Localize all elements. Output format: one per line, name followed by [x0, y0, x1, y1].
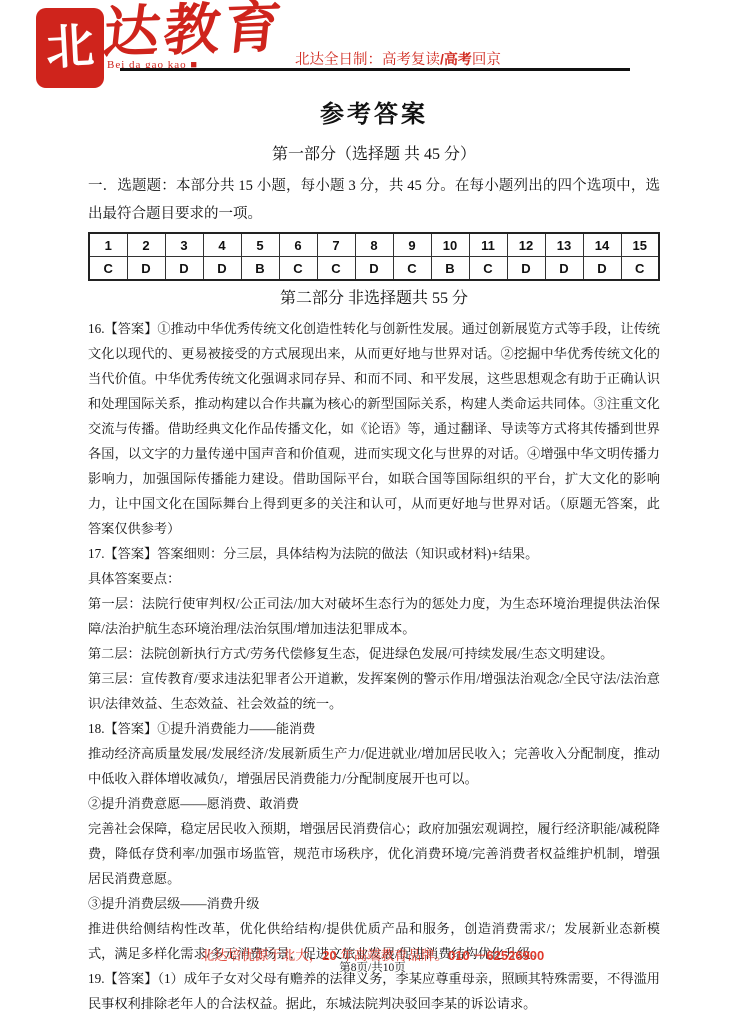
header-divider-line [120, 68, 630, 71]
answer-letter-cell: D [507, 257, 545, 281]
part1-instructions: 一．选题题：本部分共 15 小题，每小题 3 分，共 45 分。在每小题列出的四… [88, 172, 660, 228]
answers-body: 16.【答案】①推动中华优秀传统文化创造性转化与创新性发展。通过创新展览方式等手… [88, 316, 660, 1016]
brand-calligraphy: 达教育 [100, 0, 287, 65]
question-number-cell: 15 [621, 233, 659, 257]
question-number-cell: 7 [317, 233, 355, 257]
answer-letter-cell: B [241, 257, 279, 281]
part1-heading: 第一部分（选择题 共 45 分） [88, 141, 660, 164]
page-title: 参考答案 [88, 94, 660, 129]
header-slogan: 北达全日制：高考复读/高考回京 [295, 48, 501, 69]
document-page: 北 达教育 Bei da gao kao ■ 北达全日制：高考复读/高考回京 参… [0, 0, 745, 1024]
answer-letter-cell: C [89, 257, 127, 281]
page-number-indicator: 第8页/共10页 [0, 959, 745, 975]
answer-letter-cell: D [165, 257, 203, 281]
answer-paragraph: 推动经济高质量发展/发展经济/发展新质生产力/促进就业/增加居民收入；完善收入分… [88, 741, 660, 791]
answer-letter-cell: D [545, 257, 583, 281]
question-number-cell: 11 [469, 233, 507, 257]
brand-seal-logo: 北 [38, 10, 102, 86]
answer-letter-cell: D [127, 257, 165, 281]
answer-paragraph: 16.【答案】①推动中华优秀传统文化创造性转化与创新性发展。通过创新展览方式等手… [88, 316, 660, 541]
seal-character: 北 [45, 23, 95, 73]
answer-paragraph: 完善社会保障，稳定居民收入预期，增强居民消费信心；政府加强宏观调控，履行经济职能… [88, 816, 660, 891]
answer-paragraph: 第一层：法院行使审判权/公正司法/加大对破坏生态行为的惩处力度，为生态环境治理提… [88, 591, 660, 641]
question-number-cell: 8 [355, 233, 393, 257]
answer-paragraph: 第二层：法院创新执行方式/劳务代偿修复生态，促进绿色发展/可持续发展/生态文明建… [88, 641, 660, 666]
answer-letter-cell: C [317, 257, 355, 281]
question-number-cell: 4 [203, 233, 241, 257]
answer-table: 123456789101112131415CDDDBCCDCBCDDDC [88, 232, 660, 281]
answer-paragraph: ②提升消费意愿——愿消费、敢消费 [88, 791, 660, 816]
answer-letter-cell: B [431, 257, 469, 281]
slogan-text: 北达全日制：高考复读 [295, 52, 440, 68]
answer-letter-cell: C [393, 257, 431, 281]
answer-paragraph: 17.【答案】答案细则：分三层，具体结构为法院的做法（知识或材料)+结果。 [88, 541, 660, 566]
answer-paragraph: ③提升消费层级——消费升级 [88, 891, 660, 916]
answer-letter-cell: D [583, 257, 621, 281]
answer-letter-cell: C [469, 257, 507, 281]
question-number-cell: 5 [241, 233, 279, 257]
answer-paragraph: 具体答案要点： [88, 566, 660, 591]
answer-letter-cell: C [279, 257, 317, 281]
answer-paragraph: 第三层：宣传教育/要求违法犯罪者公开道歉，发挥案例的警示作用/增强法治观念/全民… [88, 666, 660, 716]
question-number-cell: 2 [127, 233, 165, 257]
question-number-cell: 13 [545, 233, 583, 257]
answer-letter-cell: D [355, 257, 393, 281]
answer-paragraph: 18.【答案】①提升消费能力——能消费 [88, 716, 660, 741]
slogan-text-bold: /高考 [440, 51, 472, 67]
question-number-cell: 10 [431, 233, 469, 257]
question-number-cell: 12 [507, 233, 545, 257]
document-body: 参考答案 第一部分（选择题 共 45 分） 一．选题题：本部分共 15 小题，每… [88, 94, 660, 1016]
question-number-cell: 1 [89, 233, 127, 257]
answer-letter-cell: D [203, 257, 241, 281]
question-number-cell: 3 [165, 233, 203, 257]
question-number-cell: 9 [393, 233, 431, 257]
question-number-cell: 14 [583, 233, 621, 257]
answer-letter-cell: C [621, 257, 659, 281]
part2-heading: 第二部分 非选择题共 55 分 [88, 285, 660, 308]
slogan-text-tail: 回京 [472, 52, 501, 68]
question-number-cell: 6 [279, 233, 317, 257]
